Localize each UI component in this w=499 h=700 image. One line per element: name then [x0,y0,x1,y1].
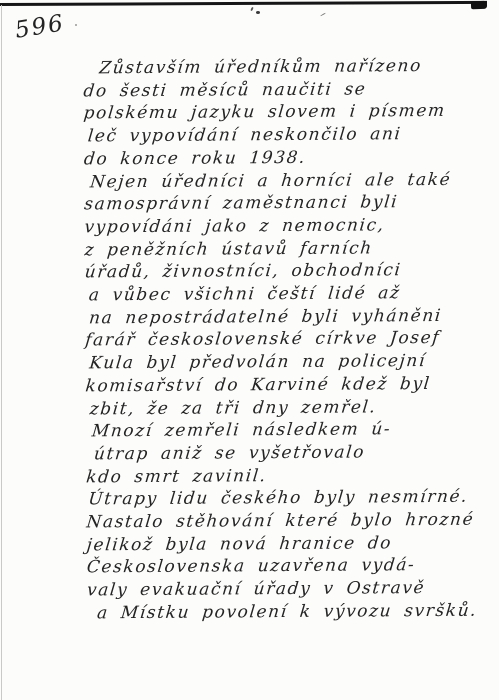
ink-speck [256,11,260,14]
handwritten-line: z peněžních ústavů farních [83,236,493,262]
scan-top-edge-blob [471,1,487,10]
handwritten-line: vypovídáni jako z nemocnic, [83,213,493,239]
handwritten-line: polskému jazyku slovem i písmem [82,100,492,126]
handwritten-line: útrap aniž se vyšetřovalo [85,441,495,467]
handwritten-line: samosprávní zaměstnanci byli [83,191,493,217]
handwritten-line: valy evakuační úřady v Ostravě [86,577,496,603]
ink-speck [320,13,326,17]
scanned-manuscript-page: 596 Zůstavším úředníkům nařízenodo šesti… [0,0,499,700]
handwritten-line: zbit, že za tři dny zemřel. [85,395,495,421]
handwritten-line: Nastalo stěhování které bylo hrozné [85,509,495,535]
handwritten-line: a Místku povolení k vývozu svršků. [86,599,496,625]
scan-top-edge [0,1,487,6]
handwritten-line: do konce roku 1938. [83,145,493,171]
ink-speck [75,24,77,26]
handwritten-line: úřadů, živnostníci, obchodníci [84,259,494,285]
handwritten-line: Kula byl předvolán na policejní [84,350,494,376]
page-number: 596 [13,10,66,43]
handwritten-line: Mnozí zemřeli následkem ú- [85,418,495,444]
handwritten-line: komisařství do Karviné kdež byl [84,372,494,398]
handwritten-text-block: Zůstavším úředníkům nařízenodo šesti měs… [82,55,494,625]
handwritten-line: Útrapy lidu českého byly nesmírné. [85,486,495,512]
ink-speck [250,7,254,11]
handwritten-line: Zůstavším úředníkům nařízeno [82,55,492,81]
handwritten-line: kdo smrt zavinil. [85,463,495,489]
handwritten-line: Nejen úředníci a horníci ale také [83,168,493,194]
handwritten-line: Československa uzavřena vydá- [86,554,496,580]
handwritten-line: farář československé církve Josef [84,327,494,353]
scan-left-edge [1,5,2,700]
handwritten-line: a vůbec všichni čeští lidé až [84,282,494,308]
handwritten-line: leč vypovídání neskončilo ani [83,123,493,149]
